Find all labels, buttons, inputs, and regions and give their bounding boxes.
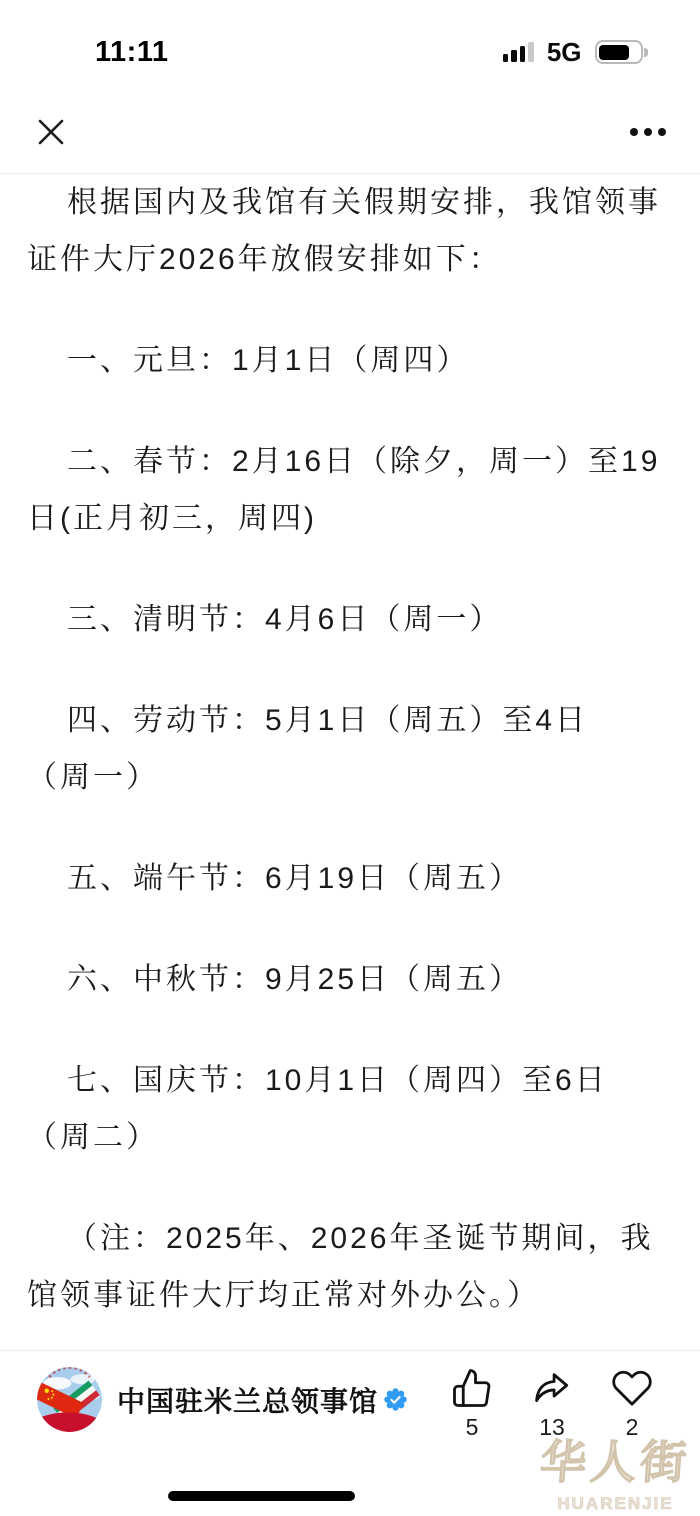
article-actions: 5 13 2 xyxy=(444,1367,660,1441)
share-forward-icon xyxy=(531,1367,573,1409)
close-icon xyxy=(36,117,66,147)
article-paragraph: （注：2025年、2026年圣诞节期间，我 馆领事证件大厅均正常对外办公。） xyxy=(27,1210,667,1324)
ellipsis-icon xyxy=(630,128,666,136)
article-paragraph: 根据国内及我馆有关假期安排，我馆领事 证件大厅2026年放假安排如下： xyxy=(27,174,667,288)
signal-strength-icon xyxy=(503,42,534,62)
account-avatar[interactable] xyxy=(37,1367,102,1432)
battery-icon xyxy=(595,40,649,64)
account-row[interactable]: 中国驻米兰总领事馆 xyxy=(37,1367,407,1432)
watermark-en: HUARENJIE xyxy=(533,1494,698,1514)
status-time: 11:11 xyxy=(95,36,168,69)
article-paragraph: 二、春节：2月16日（除夕，周一）至19 日(正月初三，周四) xyxy=(27,433,667,547)
status-right-cluster: 5G xyxy=(503,37,648,68)
favorite-button[interactable]: 2 xyxy=(604,1367,660,1441)
like-count: 5 xyxy=(466,1414,479,1441)
article-paragraph: 一、元旦：1月1日（周四） xyxy=(27,332,667,389)
share-count: 13 xyxy=(539,1414,565,1441)
article-paragraph: 四、劳动节：5月1日（周五）至4日 （周一） xyxy=(27,692,667,806)
article-paragraph: 五、端午节：6月19日（周五） xyxy=(27,850,667,907)
status-bar: 11:11 5G xyxy=(0,0,700,90)
account-name[interactable]: 中国驻米兰总领事馆 xyxy=(117,1380,378,1420)
bottom-bar: 中国驻米兰总领事馆 xyxy=(0,1350,700,1441)
favorite-count: 2 xyxy=(626,1414,639,1441)
article-paragraph: 七、国庆节：10月1日（周四）至6日 （周二） xyxy=(27,1052,667,1166)
home-indicator[interactable] xyxy=(168,1491,355,1501)
share-button[interactable]: 13 xyxy=(524,1367,580,1441)
network-type-label: 5G xyxy=(547,37,582,68)
thumbs-up-icon xyxy=(451,1367,493,1409)
verified-badge-icon xyxy=(384,1388,407,1411)
article-body: 根据国内及我馆有关假期安排，我馆领事 证件大厅2026年放假安排如下： 一、元旦… xyxy=(0,174,700,1350)
close-button[interactable] xyxy=(36,117,66,147)
screen: 11:11 5G 根据国内及我馆有关假期安排，我馆领事 证件大厅2026年放假安… xyxy=(0,0,700,1516)
article-paragraph: 三、清明节：4月6日（周一） xyxy=(27,591,667,648)
heart-icon xyxy=(611,1367,653,1409)
more-options-button[interactable] xyxy=(630,117,666,147)
like-button[interactable]: 5 xyxy=(444,1367,500,1441)
nav-bar xyxy=(0,90,700,174)
article-paragraph: 六、中秋节：9月25日（周五） xyxy=(27,951,667,1008)
